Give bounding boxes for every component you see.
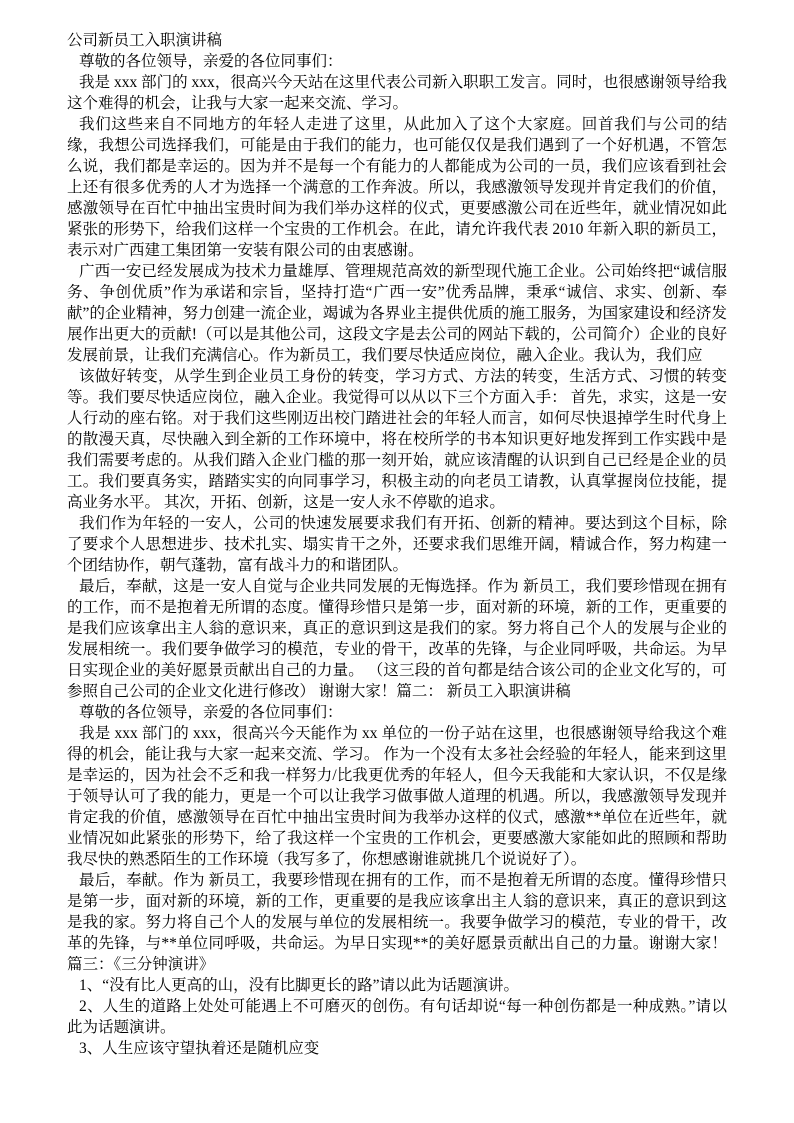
paragraph: 我是 xxx 部门的 xxx，很高兴今天站在这里代表公司新入职职工发言。同时，也… [67,72,727,114]
document-page: 公司新员工入职演讲稿 尊敬的各位领导，亲爱的各位同事们： 我是 xxx 部门的 … [0,0,794,1123]
paragraph: 最后，奉献，这是一安人自觉与企业共同发展的无悔选择。作为 新员工，我们要珍惜现在… [67,576,727,702]
paragraph: 1、“没有比人更高的山，没有比脚更长的路”请以此为话题演讲。 [67,975,727,996]
document-title: 公司新员工入职演讲稿 [67,30,727,51]
paragraph: 尊敬的各位领导，亲爱的各位同事们： [67,702,727,723]
paragraph: 我是 xxx 部门的 xxx，很高兴今天能作为 xx 单位的一份子站在这里，也很… [67,723,727,870]
paragraph: 尊敬的各位领导，亲爱的各位同事们： [67,51,727,72]
paragraph: 我们这些来自不同地方的年轻人走进了这里，从此加入了这个大家庭。回首我们与公司的结… [67,114,727,261]
paragraph: 我们作为年轻的一安人，公司的快速发展要求我们有开拓、创新的精神。要达到这个目标，… [67,513,727,576]
paragraph: 广西一安已经发展成为技术力量雄厚、管理规范高效的新型现代施工企业。公司始终把“诚… [67,261,727,366]
paragraph: 2、人生的道路上处处可能遇上不可磨灭的创伤。有句话却说“每一种创伤都是一种成熟。… [67,996,727,1038]
paragraph: 最后，奉献。作为 新员工，我要珍惜现在拥有的工作，而不是抱着无所谓的态度。懂得珍… [67,870,727,975]
paragraph: 该做好转变，从学生到企业员工身份的转变，学习方式、方法的转变，生活方式、习惯的转… [67,366,727,513]
paragraph: 3、人生应该守望执着还是随机应变 [67,1038,727,1059]
